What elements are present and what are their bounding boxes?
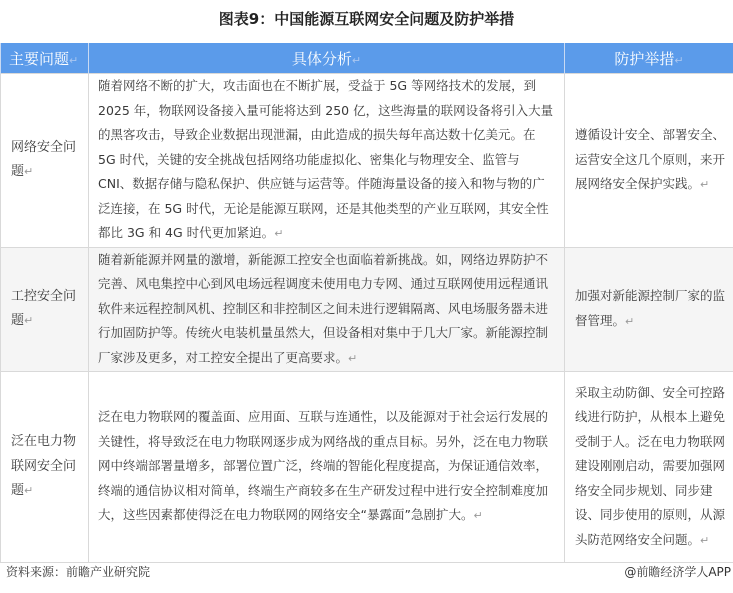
- table-row: 工控安全问题↵ 随着新能源并网量的激增，新能源工控安全也面临着新挑战。如，网络边…: [1, 247, 733, 372]
- return-mark-icon: ↵: [700, 534, 709, 547]
- security-table: 主要问题↵ 具体分析↵ 防护举措↵ 网络安全问题↵ 随着网络不断的扩大，攻击面也…: [0, 43, 733, 563]
- return-mark-icon: ↵: [473, 509, 482, 522]
- source-note: 资料来源：前瞻产业研究院: [6, 563, 150, 580]
- header-measures: 防护举措↵: [565, 43, 733, 74]
- footer: 资料来源：前瞻产业研究院 @前瞻经济学人APP: [0, 563, 733, 583]
- table-row: 泛在电力物联网安全问题↵ 泛在电力物联网的覆盖面、应用面、互联与连通性，以及能源…: [1, 372, 733, 563]
- header-analysis: 具体分析↵: [89, 43, 565, 74]
- return-mark-icon: ↵: [274, 227, 283, 240]
- table-row: 网络安全问题↵ 随着网络不断的扩大，攻击面也在不断扩展，受益于 5G 等网络技术…: [1, 74, 733, 248]
- return-mark-icon: ↵: [674, 54, 683, 67]
- return-mark-icon: ↵: [352, 54, 361, 67]
- brand-watermark: @前瞻经济学人APP: [624, 563, 731, 580]
- measure-cell: 遵循设计安全、部署安全、运营安全这几个原则，来开展网络安全保护实践。↵: [565, 74, 733, 248]
- table-header-row: 主要问题↵ 具体分析↵ 防护举措↵: [1, 43, 733, 74]
- analysis-cell: 随着新能源并网量的激增，新能源工控安全也面临着新挑战。如，网络边界防护不完善、风…: [89, 247, 565, 372]
- issue-cell: 网络安全问题↵: [1, 74, 89, 248]
- return-mark-icon: ↵: [24, 484, 33, 497]
- issue-cell: 工控安全问题↵: [1, 247, 89, 372]
- issue-cell: 泛在电力物联网安全问题↵: [1, 372, 89, 563]
- return-mark-icon: ↵: [625, 315, 634, 328]
- analysis-cell: 泛在电力物联网的覆盖面、应用面、互联与连通性，以及能源对于社会运行发展的关键性，…: [89, 372, 565, 563]
- return-mark-icon: ↵: [700, 178, 709, 191]
- measure-cell: 采取主动防御、安全可控路线进行防护，从根本上避免受制于人。泛在电力物联网建设刚刚…: [565, 372, 733, 563]
- return-mark-icon: ↵: [24, 165, 33, 178]
- figure-title: 图表9：中国能源互联网安全问题及防护举措: [0, 8, 733, 29]
- analysis-cell: 随着网络不断的扩大，攻击面也在不断扩展，受益于 5G 等网络技术的发展，到 20…: [89, 74, 565, 248]
- header-main-issue: 主要问题↵: [1, 43, 89, 74]
- return-mark-icon: ↵: [24, 314, 33, 327]
- return-mark-icon: ↵: [348, 352, 357, 365]
- return-mark-icon: ↵: [69, 54, 78, 67]
- measure-cell: 加强对新能源控制厂家的监督管理。↵: [565, 247, 733, 372]
